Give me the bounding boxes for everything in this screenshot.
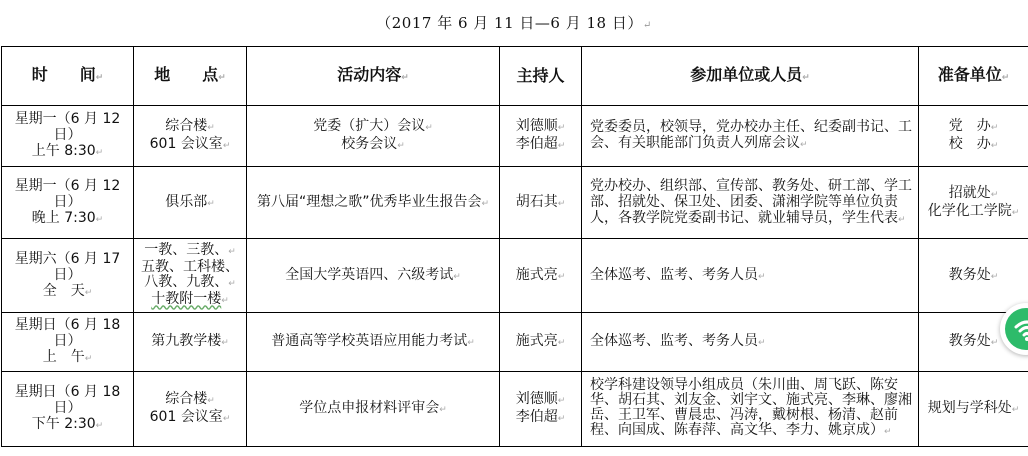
date-range-text: （2017 年 6 月 11 日—6 月 18 日） xyxy=(376,14,643,32)
participants-cell: 全体巡考、监考、考务人员↵ xyxy=(582,239,919,313)
header-organizer: 准备单位↵ xyxy=(919,47,1028,106)
organizer-cell: 规划与学科处↵ xyxy=(919,372,1028,447)
header-activity: 活动内容↵ xyxy=(247,47,500,106)
table-header-row: 时 间↵ 地 点↵ 活动内容↵ 主持人 参加单位或人员↵ 准备单位↵ xyxy=(2,47,1028,106)
location-cell: 一教、三教、↵ 五教、工科楼、 八教、九教、↵ 十教附一楼↵ xyxy=(134,239,247,313)
participants-cell: 全体巡考、监考、考务人员↵ xyxy=(582,313,919,372)
activity-cell: 普通高等学校英语应用能力考试↵ xyxy=(247,313,500,372)
header-participants: 参加单位或人员↵ xyxy=(582,47,919,106)
time-cell: 星期日（6 月 18 日）上 午↵ xyxy=(2,313,134,372)
time-cell: 星期一（6 月 12 日）上午 8:30↵ xyxy=(2,106,134,167)
time-cell: 星期日（6 月 18 日）下午 2:30↵ xyxy=(2,372,134,447)
time-cell: 星期六（6 月 17 日）全 天↵ xyxy=(2,239,134,313)
host-cell: 胡石其↵ xyxy=(500,167,582,239)
host-cell: 施式亮↵ xyxy=(500,313,582,372)
location-cell: 第九教学楼↵ xyxy=(134,313,247,372)
activity-cell: 学位点申报材料评审会↵ xyxy=(247,372,500,447)
participants-cell: 党委委员，校领导，党办校办主任、纪委副书记、工会、有关职能部门负责人列席会议↵ xyxy=(582,106,919,167)
paragraph-mark-icon: ↵ xyxy=(643,20,652,31)
location-cell: 综合楼↵601 会议室↵ xyxy=(134,106,247,167)
participants-cell: 校学科建设领导小组成员（朱川曲、周飞跃、陈安华、胡石其、刘友金、刘宇文、施式亮、… xyxy=(582,372,919,447)
weekly-activity-schedule-table: 时 间↵ 地 点↵ 活动内容↵ 主持人 参加单位或人员↵ 准备单位↵ 星期一（6… xyxy=(1,46,1028,447)
organizer-cell: 教务处↵ xyxy=(919,239,1028,313)
location-cell: 俱乐部↵ xyxy=(134,167,247,239)
host-cell: 刘德顺↵李伯超↵ xyxy=(500,106,582,167)
activity-cell: 第八届“理想之歌”优秀毕业生报告会↵ xyxy=(247,167,500,239)
location-cell: 综合楼↵601 会议室↵ xyxy=(134,372,247,447)
activity-cell: 党委（扩大）会议↵校务会议↵ xyxy=(247,106,500,167)
organizer-cell: 党 办↵校 办↵ xyxy=(919,106,1028,167)
table-row: 星期六（6 月 17 日）全 天↵ 一教、三教、↵ 五教、工科楼、 八教、九教、… xyxy=(2,239,1028,313)
wifi-icon xyxy=(1014,317,1028,343)
table-row: 星期日（6 月 18 日）上 午↵ 第九教学楼↵ 普通高等学校英语应用能力考试↵… xyxy=(2,313,1028,372)
header-host: 主持人 xyxy=(500,47,582,106)
wifi-badge-background xyxy=(1005,308,1028,350)
time-cell: 星期一（6 月 12 日）晚上 7:30↵ xyxy=(2,167,134,239)
header-time: 时 间↵ xyxy=(2,47,134,106)
host-cell: 施式亮↵ xyxy=(500,239,582,313)
participants-cell: 党办校办、组织部、宣传部、教务处、研工部、学工部、招就处、保卫处、团委、潇湘学院… xyxy=(582,167,919,239)
table-row: 星期一（6 月 12 日）上午 8:30↵ 综合楼↵601 会议室↵ 党委（扩大… xyxy=(2,106,1028,167)
activity-cell: 全国大学英语四、六级考试↵ xyxy=(247,239,500,313)
header-location: 地 点↵ xyxy=(134,47,247,106)
organizer-cell: 招就处↵化学化工学院↵ xyxy=(919,167,1028,239)
schedule-date-range: （2017 年 6 月 11 日—6 月 18 日）↵ xyxy=(0,12,1028,33)
host-cell: 刘德顺↵李伯超↵ xyxy=(500,372,582,447)
table-row: 星期日（6 月 18 日）下午 2:30↵ 综合楼↵601 会议室↵ 学位点申报… xyxy=(2,372,1028,447)
table-row: 星期一（6 月 12 日）晚上 7:30↵ 俱乐部↵ 第八届“理想之歌”优秀毕业… xyxy=(2,167,1028,239)
